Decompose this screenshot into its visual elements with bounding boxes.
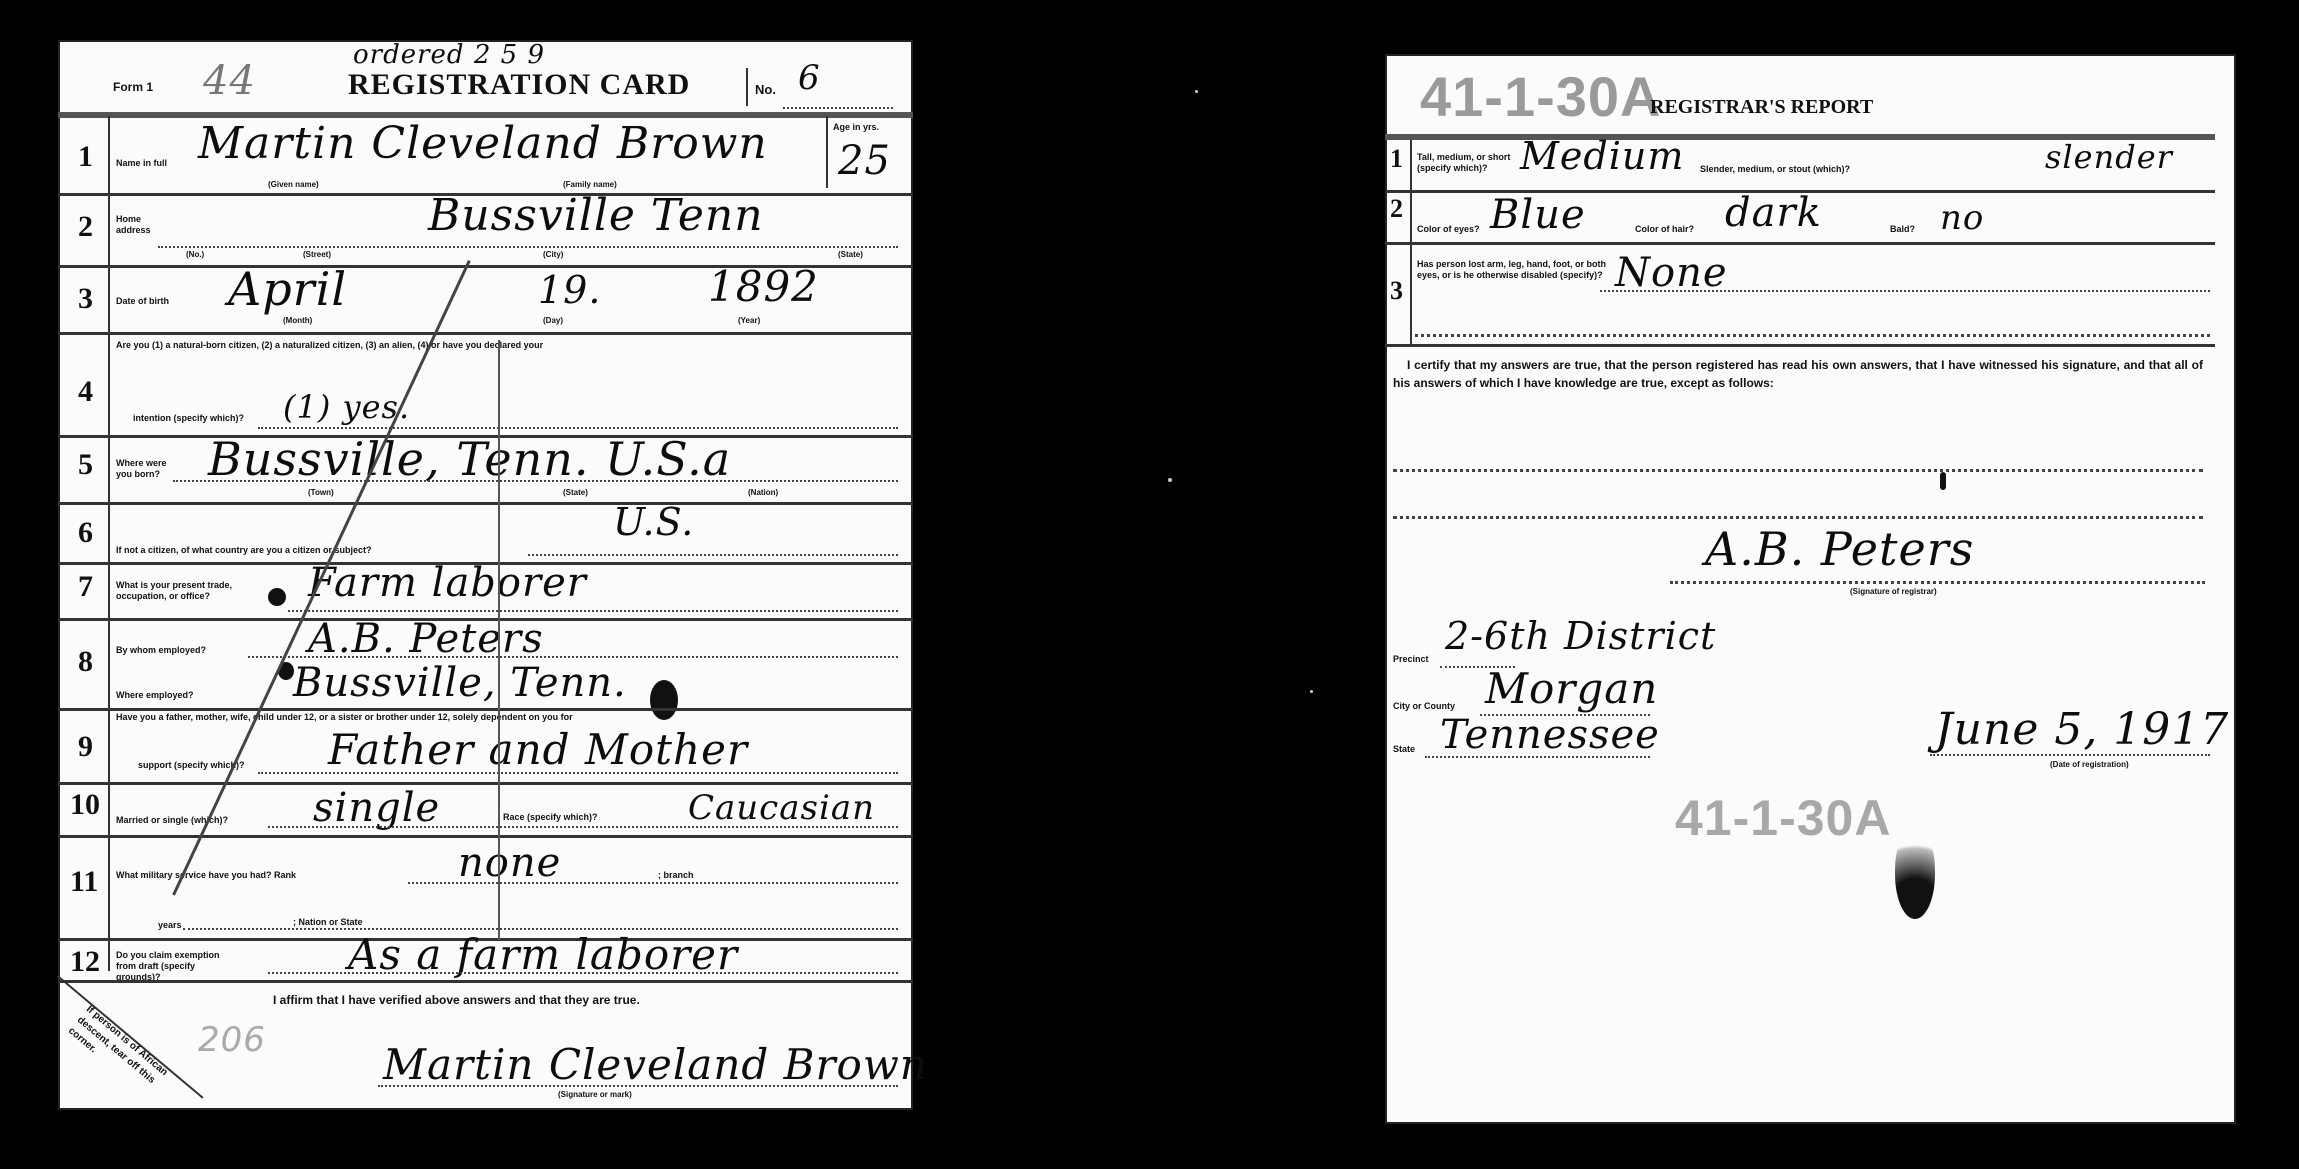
sublabel: (Day) — [543, 316, 563, 325]
field-label: Do you claim exemption from draft (speci… — [116, 950, 236, 983]
stamp-bottom: 41-1-30A — [1675, 789, 1891, 847]
row-number: 1 — [78, 140, 93, 174]
number-label: No. — [755, 82, 776, 97]
sublabel: (Street) — [303, 250, 331, 259]
field-label: Home address — [116, 214, 156, 236]
row-number: 6 — [78, 516, 93, 550]
row-number: 10 — [70, 788, 100, 822]
sublabel: (City) — [543, 250, 563, 259]
age-value: 25 — [838, 138, 891, 184]
scan-speck — [1195, 90, 1198, 93]
field-label: Date of birth — [116, 296, 169, 307]
eye-color-value: Blue — [1490, 192, 1586, 238]
registration-date-value: June 5, 1917 — [1935, 704, 2229, 755]
scan-speck — [1310, 690, 1313, 693]
corner-note: If person is of African descent, tear of… — [65, 1003, 192, 1119]
sublabel: (Nation) — [748, 488, 778, 497]
hair-color-value: dark — [1725, 190, 1822, 236]
field-label: By whom employed? — [116, 645, 206, 656]
row-number: 3 — [78, 282, 93, 316]
scan-speck — [1168, 478, 1172, 482]
field-label: Are you (1) a natural-born citizen, (2) … — [116, 340, 906, 351]
field-label: Slender, medium, or stout (which)? — [1700, 164, 1850, 175]
field-label: Color of hair? — [1635, 224, 1694, 235]
registrant-signature: Martin Cleveland Brown — [383, 1040, 928, 1089]
field-label: intention (specify which)? — [133, 413, 244, 424]
registrar-signature-label: (Signature of registrar) — [1850, 587, 1937, 596]
row-number: 2 — [78, 210, 93, 244]
row-rule — [58, 708, 913, 711]
field-label: Race (specify which)? — [503, 812, 598, 823]
precinct-label: Precinct — [1393, 654, 1429, 665]
field-label: ; branch — [658, 870, 694, 881]
registrar-signature: A.B. Peters — [1705, 522, 1974, 576]
row-number: 9 — [78, 730, 93, 764]
report-title: REGISTRAR'S REPORT — [1650, 96, 1873, 119]
row-rule — [58, 502, 913, 505]
sublabel: (State) — [563, 488, 588, 497]
field-label: Has person lost arm, leg, hand, foot, or… — [1417, 259, 1607, 281]
sublabel: (Town) — [308, 488, 334, 497]
row-number: 7 — [78, 570, 93, 604]
top-annotation: ordered 2 5 9 — [353, 40, 545, 70]
row-rule — [1385, 242, 2215, 245]
county-value: Morgan — [1485, 664, 1658, 713]
registrars-report-card: 41-1-30A REGISTRAR'S REPORT 1 Tall, medi… — [1385, 54, 2236, 1124]
field-label: ; Nation or State — [293, 917, 363, 928]
sublabel: (Family name) — [563, 180, 617, 189]
full-name-value: Martin Cleveland Brown — [198, 118, 768, 169]
row-number: 4 — [78, 375, 93, 409]
sublabel: (Year) — [738, 316, 760, 325]
race-value: Caucasian — [688, 788, 875, 828]
card-title: REGISTRATION CARD — [348, 68, 690, 102]
row-number: 5 — [78, 448, 93, 482]
citizenship-value: (1) yes. — [283, 388, 410, 426]
sublabel: (No.) — [186, 250, 204, 259]
field-label: Where employed? — [116, 690, 194, 701]
age-label: Age in yrs. — [833, 122, 879, 132]
field-label: Bald? — [1890, 224, 1915, 235]
dependents-value: Father and Mother — [328, 725, 748, 774]
sublabel: (Given name) — [268, 180, 319, 189]
field-label: Where were you born? — [116, 458, 171, 480]
marital-status-value: single — [313, 785, 440, 831]
stamp-top: 41-1-30A — [1420, 64, 1661, 129]
sublabel: (Month) — [283, 316, 312, 325]
number-column-line — [108, 116, 110, 971]
birth-year-value: 1892 — [708, 262, 819, 311]
row-rule — [58, 332, 913, 335]
crease-line — [498, 340, 500, 940]
home-address-value: Bussville Tenn — [428, 190, 764, 241]
ink-mark — [1940, 472, 1946, 490]
row-number: 8 — [78, 645, 93, 679]
registration-card: Form 1 44 ordered 2 5 9 REGISTRATION CAR… — [58, 40, 913, 1110]
affirmation-text: I affirm that I have verified above answ… — [273, 993, 640, 1007]
build-value: slender — [2045, 138, 2173, 176]
divider — [826, 116, 828, 188]
row-rule — [58, 980, 913, 983]
signature-label: (Signature or mark) — [558, 1090, 632, 1099]
field-label: Have you a father, mother, wife, child u… — [116, 712, 906, 723]
field-label: What is your present trade, occupation, … — [116, 580, 236, 602]
field-label: Color of eyes? — [1417, 224, 1480, 235]
row-rule — [58, 835, 913, 838]
birth-day-value: 19. — [538, 268, 601, 312]
field-label: Name in full — [116, 158, 167, 169]
ink-blot — [268, 588, 286, 606]
row-number: 11 — [70, 865, 98, 899]
row-number: 12 — [70, 945, 100, 979]
birth-month-value: April — [228, 262, 347, 316]
field-label: support (specify which)? — [138, 760, 245, 771]
height-value: Medium — [1520, 134, 1684, 178]
employment-place-value: Bussville, Tenn. — [293, 660, 627, 706]
state-label: State — [1393, 744, 1415, 755]
certification-text: I certify that my answers are true, that… — [1393, 356, 2203, 392]
row-number: 3 — [1390, 276, 1403, 306]
row-number: 1 — [1390, 144, 1403, 174]
row-rule — [58, 782, 913, 785]
state-value: Tennessee — [1440, 712, 1660, 758]
citizen-country-value: U.S. — [613, 500, 694, 544]
military-rank-value: none — [458, 840, 561, 886]
form-marks: 44 — [203, 58, 256, 104]
divider — [746, 68, 748, 106]
occupation-value: Farm laborer — [308, 560, 587, 606]
pencil-number: 206 — [198, 1020, 266, 1060]
form-label: Form 1 — [113, 80, 153, 94]
field-label: years — [158, 920, 182, 931]
field-label: Tall, medium, or short (specify which)? — [1417, 152, 1512, 174]
registration-date-label: (Date of registration) — [2050, 760, 2129, 769]
birthplace-value: Bussville, Tenn. U.S.a — [208, 432, 731, 486]
row-rule — [1385, 344, 2215, 347]
bald-value: no — [1940, 198, 1984, 238]
precinct-value: 2-6th District — [1445, 614, 1716, 658]
number-value: 6 — [798, 58, 821, 98]
county-label: City or County — [1393, 701, 1455, 712]
ink-smudge — [1895, 829, 1935, 919]
field-label: What military service have you had? Rank — [116, 870, 296, 881]
row-number: 2 — [1390, 194, 1403, 224]
sublabel: (State) — [838, 250, 863, 259]
